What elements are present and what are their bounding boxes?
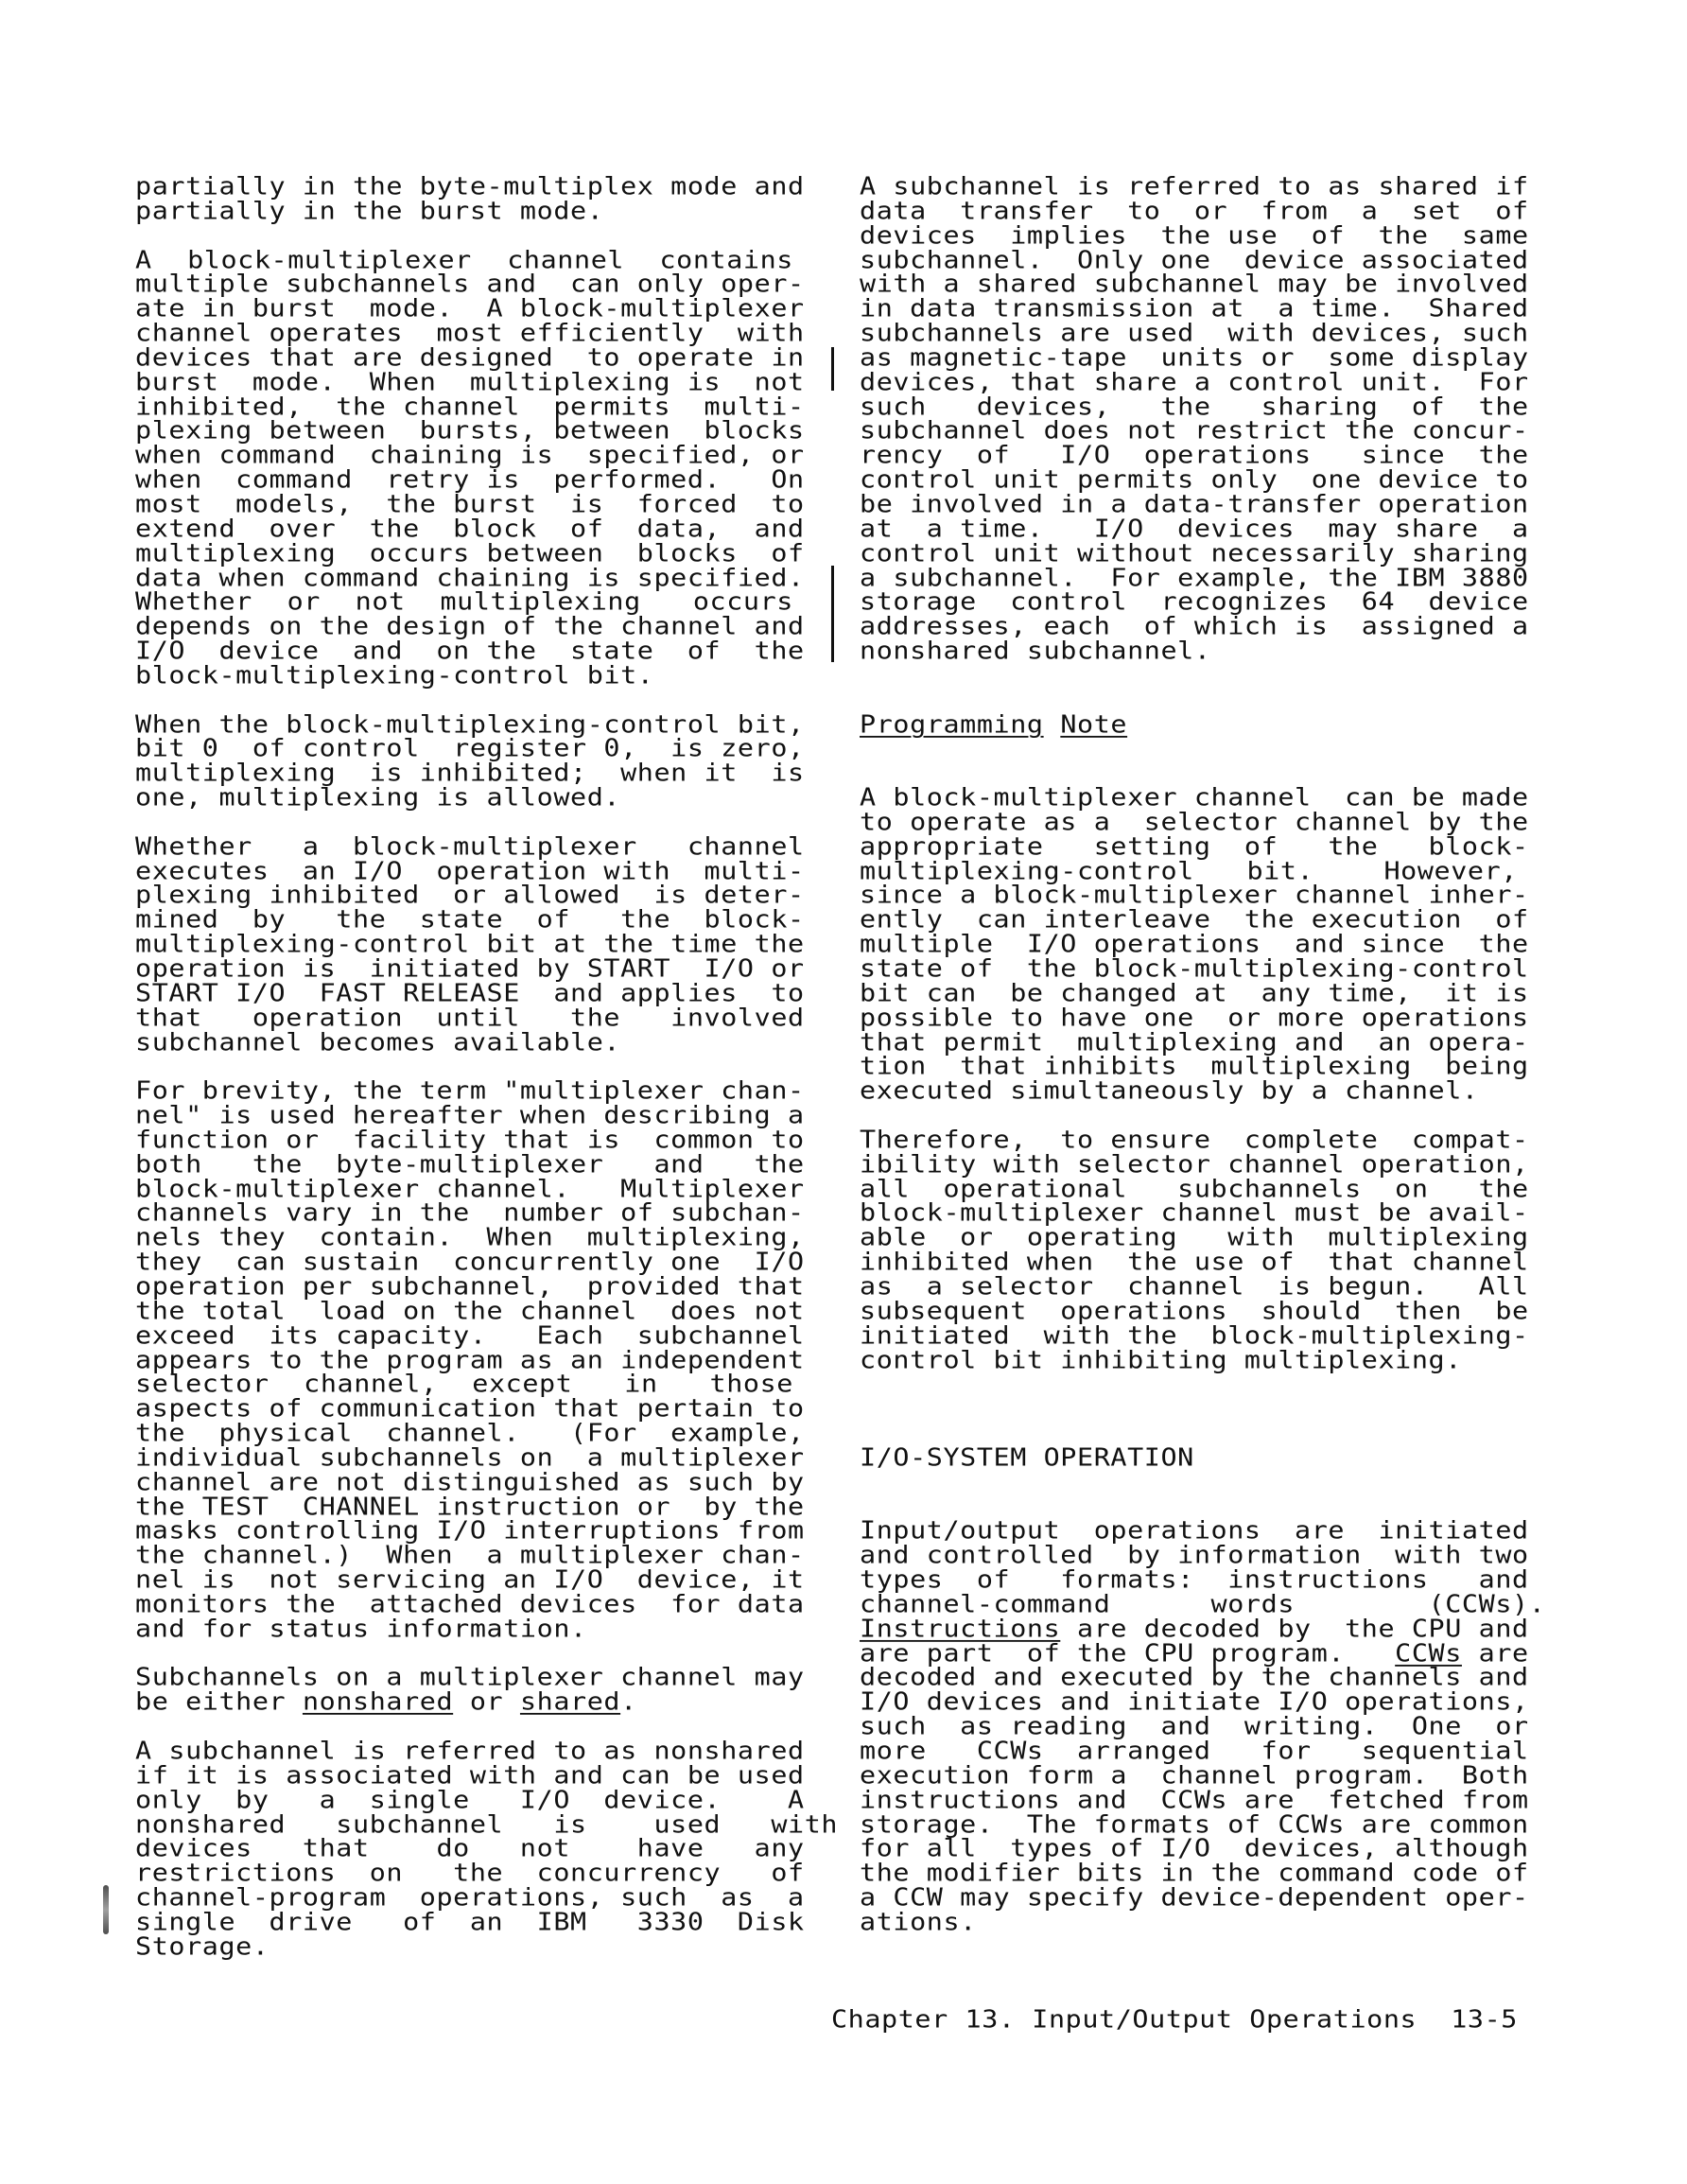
text-line: channels vary in the number of subchan- [135, 1201, 793, 1224]
text-line: initiated with the block-multiplexing- [860, 1324, 1518, 1347]
text-line: inhibited, the channel permits multi- [135, 395, 793, 418]
text-line: executes an I/O operation with multi- [135, 860, 793, 882]
text-line: multiplexing occurs between blocks of [135, 542, 793, 565]
text-line: nel is not servicing an I/O device, it [135, 1568, 793, 1591]
text-line: selector channel, except in those [135, 1372, 793, 1395]
paragraph-control-bit: When the block-multiplexing-control bit,… [135, 712, 793, 810]
text-line: and controlled by information with two [860, 1544, 1518, 1566]
text-line: subchannels are used with devices, such [860, 322, 1518, 344]
term-shared: shared [520, 1687, 620, 1716]
text-line: devices implies the use of the same [860, 224, 1518, 247]
text-line: subchannel does not restrict the concur- [860, 419, 1518, 442]
page-number: 13-5 [1451, 2004, 1518, 2033]
text-line: I/O devices and initiate I/O operations, [860, 1690, 1518, 1713]
text-line: possible to have one or more operations [860, 1006, 1518, 1029]
text-line: ently can interleave the execution of [860, 908, 1518, 931]
paragraph-block-multiplexer: A block-multiplexer channel containsmult… [135, 248, 793, 688]
text-line: a CCW may specify device-dependent oper- [860, 1886, 1518, 1909]
text-line: bit 0 of control register 0, is zero, [135, 737, 793, 760]
text-line: both the byte-multiplexer and the [135, 1153, 793, 1176]
text-line: executed simultaneously by a channel. [860, 1079, 1518, 1102]
text-line: storage control recognizes 64 device [860, 590, 1518, 613]
text-line: at a time. I/O devices may share a [860, 517, 1518, 540]
page-footer: Chapter 13. Input/Output Operations13-5 [829, 2008, 1518, 2031]
text-line: Instructions are decoded by the CPU and [860, 1617, 1518, 1640]
text-line: channel-command words (CCWs). [860, 1593, 1518, 1616]
text-line: plexing inhibited or allowed is deter- [135, 884, 793, 907]
text-line: partially in the byte-multiplex mode and [135, 175, 793, 198]
text-line: be involved in a data-transfer operation [860, 493, 1518, 515]
text-line: nels they contain. When multiplexing, [135, 1226, 793, 1249]
text-line: as a selector channel is begun. All [860, 1275, 1518, 1298]
text-line: channel-program operations, such as a [135, 1886, 793, 1909]
text-line: since a block-multiplexer channel inher- [860, 884, 1518, 907]
text-line: mined by the state of the block- [135, 908, 793, 931]
text-line: restrictions on the concurrency of [135, 1861, 793, 1884]
text-line: function or facility that is common to [135, 1128, 793, 1151]
text-line: most models, the burst is forced to [135, 493, 793, 515]
text-line: For brevity, the term "multiplexer chan- [135, 1079, 793, 1102]
text-line: Therefore, to ensure complete compat- [860, 1128, 1518, 1151]
text-line: when command retry is performed. On [135, 468, 793, 491]
text-line: Subchannels on a multiplexer channel may [135, 1667, 793, 1689]
text-line: with a shared subchannel may be involved [860, 272, 1518, 295]
paragraph-whether-multiplexing: Whether a block-multiplexer channelexecu… [135, 834, 793, 1055]
text-line: partially in the burst mode. [135, 200, 793, 222]
text-line: appears to the program as an independent [135, 1349, 793, 1372]
text-line: plexing between bursts, between blocks [135, 419, 793, 442]
text-line: burst mode. When multiplexing is not [135, 371, 793, 393]
text-line: ations. [860, 1911, 1518, 1933]
text-line: a subchannel. For example, the IBM 3880 [860, 567, 1518, 589]
text-line: Whether a block-multiplexer channel [135, 835, 793, 858]
revision-bar [831, 566, 834, 662]
text-line: appropriate setting of the block- [860, 835, 1518, 858]
text-line: masks controlling I/O interruptions from [135, 1519, 793, 1542]
text-line: decoded and executed by the channels and [860, 1667, 1518, 1689]
text-line: Whether or not multiplexing occurs [135, 590, 793, 613]
revision-bar [831, 347, 834, 391]
text-line: nonshared subchannel is used with [135, 1813, 793, 1836]
paragraph-nonshared: A subchannel is referred to as nonshared… [135, 1738, 793, 1959]
text-line: nonshared subchannel. [860, 639, 1518, 662]
right-column: A subchannel is referred to as shared if… [860, 174, 1518, 1959]
text-line: I/O device and on the state of the [135, 639, 793, 662]
text-line: individual subchannels on a multiplexer [135, 1446, 793, 1469]
text-line: instructions and CCWs are fetched from [860, 1789, 1518, 1811]
text-line: multiplexing is inhibited; when it is [135, 761, 793, 784]
paragraph-subchannel-types: Subchannels on a multiplexer channel may… [135, 1665, 793, 1714]
text-line: block-multiplexing-control bit. [135, 664, 793, 687]
term-nonshared: nonshared [303, 1687, 453, 1716]
text-line: ibility with selector channel operation, [860, 1153, 1518, 1176]
text-line: multiple I/O operations and since the [860, 933, 1518, 955]
text-line: the physical channel. (For example, [135, 1422, 793, 1444]
paragraph-mode-continuation: partially in the byte-multiplex mode and… [135, 174, 793, 223]
text-line: that operation until the involved [135, 1006, 793, 1029]
text-line: if it is associated with and can be used [135, 1764, 793, 1787]
text-line: monitors the attached devices for data [135, 1593, 793, 1616]
text-line: START I/O FAST RELEASE and applies to [135, 982, 793, 1005]
text-line: depends on the design of the channel and [135, 615, 793, 638]
text-line: in data transmission at a time. Shared [860, 297, 1518, 320]
text-line: control unit without necessarily sharing [860, 542, 1518, 565]
text-line: A block-multiplexer channel contains [135, 249, 793, 271]
text-line: ate in burst mode. A block-multiplexer [135, 297, 793, 320]
text-line: addresses, each of which is assigned a [860, 615, 1518, 638]
section-heading: I/O-SYSTEM OPERATION [860, 1446, 1518, 1469]
programming-note-heading: Programming Note [860, 713, 1518, 736]
paragraph-compatibility: Therefore, to ensure complete compat-ibi… [860, 1127, 1518, 1372]
text-line: block-multiplexer channel must be avail- [860, 1201, 1518, 1224]
text-line: the total load on the channel does not [135, 1300, 793, 1322]
text-line: as magnetic-tape units or some display [860, 346, 1518, 369]
text-line: bit can be changed at any time, it is [860, 982, 1518, 1005]
text-line: multiplexing-control bit. However, [860, 860, 1518, 882]
text-line: be either nonshared or shared. [135, 1690, 793, 1713]
text-line: Input/output operations are initiated [860, 1519, 1518, 1542]
text-line: one, multiplexing is allowed. [135, 786, 793, 809]
text-line: able or operating with multiplexing [860, 1226, 1518, 1249]
text-line: Storage. [135, 1935, 793, 1958]
text-line: subchannel becomes available. [135, 1031, 793, 1054]
text-line: nel" is used hereafter when describing a [135, 1104, 793, 1127]
text-line: for all types of I/O devices, although [860, 1837, 1518, 1860]
text-line: more CCWs arranged for sequential [860, 1739, 1518, 1762]
text-line: multiplexing-control bit at the time the [135, 933, 793, 955]
paragraph-io-operations: Input/output operations are initiatedand… [860, 1518, 1518, 1933]
text-line: such as reading and writing. One or [860, 1715, 1518, 1738]
text-line: tion that inhibits multiplexing being [860, 1055, 1518, 1077]
text-line: exceed its capacity. Each subchannel [135, 1324, 793, 1347]
text-line: execution form a channel program. Both [860, 1764, 1518, 1787]
text-line: control unit permits only one device to [860, 468, 1518, 491]
text-line: channel are not distinguished as such by [135, 1471, 793, 1494]
text-line: they can sustain concurrently one I/O [135, 1250, 793, 1273]
text-line: operation per subchannel, provided that [135, 1275, 793, 1298]
text-line: the modifier bits in the command code of [860, 1861, 1518, 1884]
text-line: the TEST CHANNEL instruction or by the [135, 1495, 793, 1518]
paragraph-brevity: For brevity, the term "multiplexer chan-… [135, 1078, 793, 1640]
text-line: state of the block-multiplexing-control [860, 957, 1518, 980]
text-line: to operate as a selector channel by the [860, 811, 1518, 833]
text-line: that permit multiplexing and an opera- [860, 1031, 1518, 1054]
text-line: when command chaining is specified, or [135, 444, 793, 466]
text-line: subsequent operations should then be [860, 1300, 1518, 1322]
text-line: A subchannel is referred to as nonshared [135, 1739, 793, 1762]
text-line: aspects of communication that pertain to [135, 1397, 793, 1420]
text-line: A block-multiplexer channel can be made [860, 786, 1518, 809]
text-line: only by a single I/O device. A [135, 1789, 793, 1811]
text-line: subchannel. Only one device associated [860, 249, 1518, 271]
text-line: data when command chaining is specified. [135, 567, 793, 589]
text-line: control bit inhibiting multiplexing. [860, 1349, 1518, 1372]
text-line: devices that are designed to operate in [135, 346, 793, 369]
text-line: devices, that share a control unit. For [860, 371, 1518, 393]
text-line: and for status information. [135, 1617, 793, 1640]
text-line: extend over the block of data, and [135, 517, 793, 540]
text-line: data transfer to or from a set of [860, 200, 1518, 222]
text-line: inhibited when the use of that channel [860, 1250, 1518, 1273]
text-line: the channel.) When a multiplexer chan- [135, 1544, 793, 1566]
text-line: block-multiplexer channel. Multiplexer [135, 1178, 793, 1200]
text-line: storage. The formats of CCWs are common [860, 1813, 1518, 1836]
text-line: When the block-multiplexing-control bit, [135, 713, 793, 736]
text-line: operation is initiated by START I/O or [135, 957, 793, 980]
chapter-title: Chapter 13. Input/Output Operations [831, 2004, 1417, 2033]
text-line: channel operates most efficiently with [135, 322, 793, 344]
text-line: are part of the CPU program. CCWs are [860, 1642, 1518, 1665]
text-line: single drive of an IBM 3330 Disk [135, 1911, 793, 1933]
text-line: rency of I/O operations since the [860, 444, 1518, 466]
text-line: A subchannel is referred to as shared if [860, 175, 1518, 198]
text-line: types of formats: instructions and [860, 1568, 1518, 1591]
text-line: devices that do not have any [135, 1837, 793, 1860]
text-line: multiple subchannels and can only oper- [135, 272, 793, 295]
text-line: all operational subchannels on the [860, 1178, 1518, 1200]
left-column: partially in the byte-multiplex mode and… [135, 174, 793, 1983]
scan-margin-mark [103, 1885, 109, 1934]
paragraph-shared: A subchannel is referred to as shared if… [860, 174, 1518, 663]
paragraph-selector-mode: A block-multiplexer channel can be madet… [860, 785, 1518, 1103]
text-line: such devices, the sharing of the [860, 395, 1518, 418]
